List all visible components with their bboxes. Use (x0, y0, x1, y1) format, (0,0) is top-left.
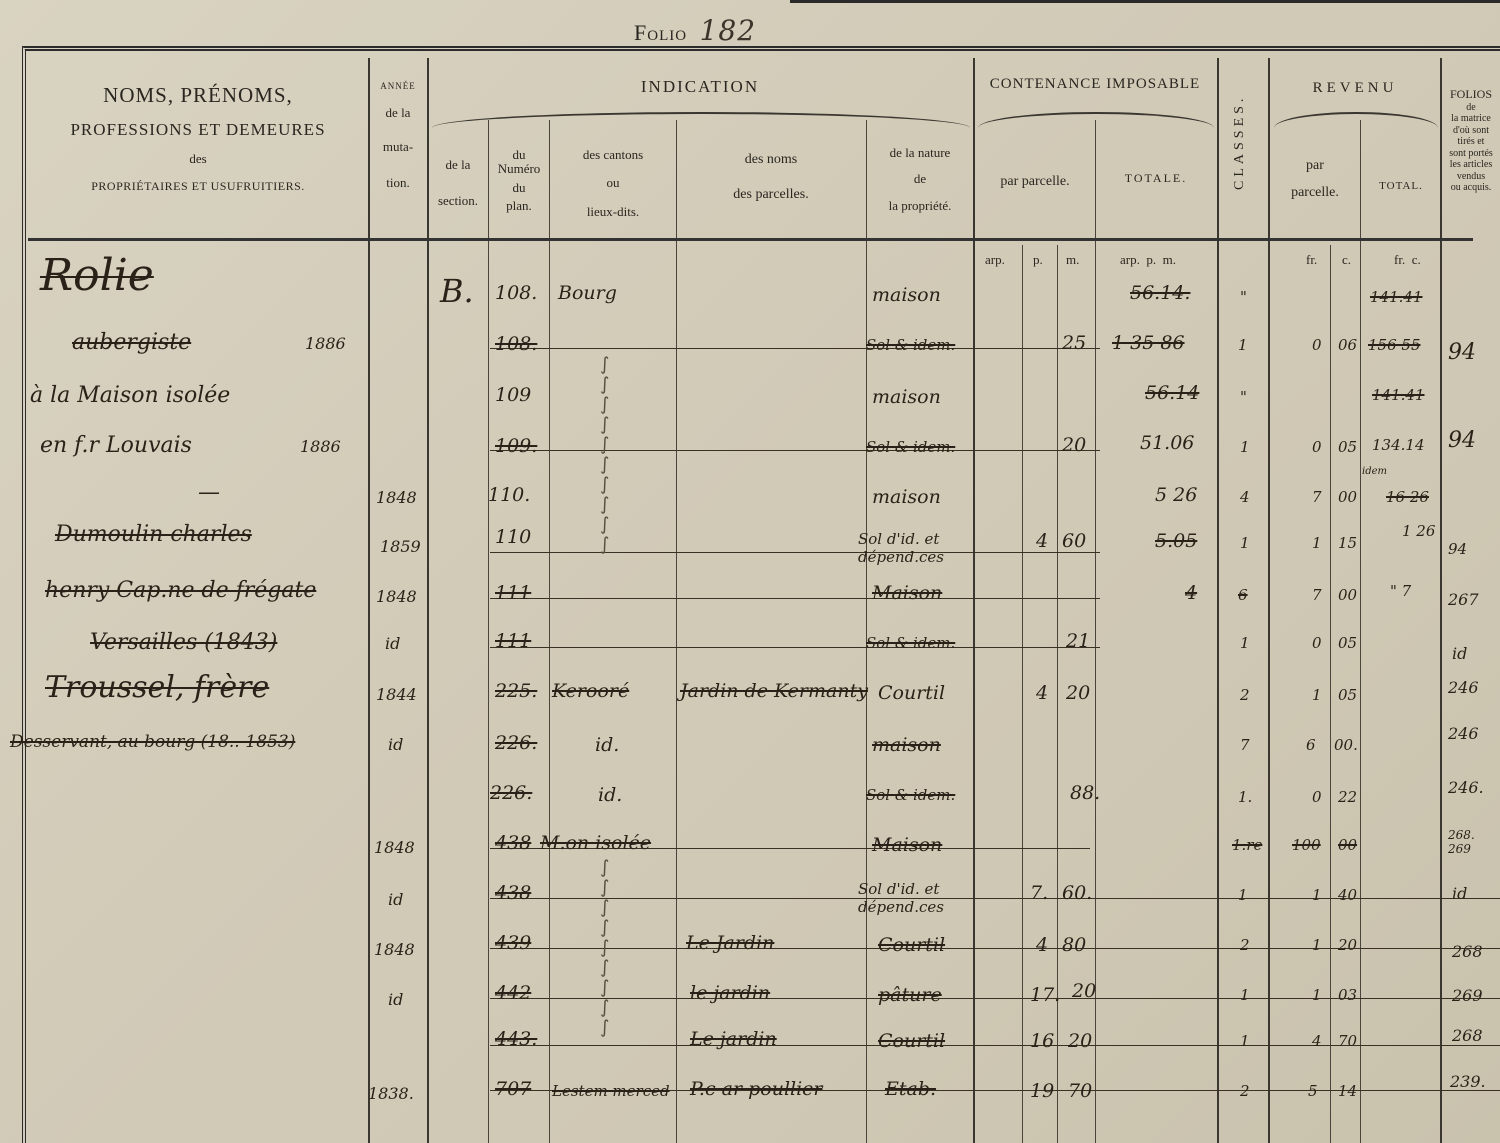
unit-total: arp. p. m. (1120, 252, 1176, 268)
strike-line (490, 552, 1100, 553)
header-cantons: des cantons ou lieux-dits. (550, 148, 676, 219)
classe-cell: 1.re (1232, 836, 1262, 854)
col-divider (488, 120, 489, 1143)
pp-m-cell: 25 (1062, 332, 1086, 354)
folio-cell: 246 (1448, 724, 1479, 743)
pp-m-cell: 20 (1066, 682, 1090, 704)
classe-cell: 1 (1238, 886, 1248, 904)
numero-cell: 442 (495, 982, 531, 1004)
c-cell: 00 (1338, 836, 1357, 854)
header-nature: de la nature de la propriété. (867, 146, 973, 213)
section-cell: B. (440, 272, 474, 310)
fr-cell: 7 (1312, 488, 1322, 506)
c-cell: 05 (1338, 438, 1357, 456)
c-cell: 22 (1338, 788, 1357, 806)
pp-p-cell: 4 (1036, 682, 1048, 704)
classe-cell: 2 (1240, 686, 1250, 704)
header-par-parcelle: par parcelle. (975, 174, 1095, 189)
header-folios: FOLIOS de la matrice d'où sont tirés et … (1442, 88, 1500, 194)
strike-line (490, 647, 1100, 648)
fr-cell: 6 (1306, 736, 1316, 754)
c-cell: 70 (1338, 1032, 1357, 1050)
c-cell: 05 (1338, 686, 1357, 704)
unit-c: c. (1342, 252, 1351, 268)
numero-cell: 110 (495, 526, 531, 548)
fr-cell: 0 (1312, 438, 1322, 456)
mutation-year: 1844 (376, 685, 417, 704)
col-divider (1360, 120, 1361, 1143)
nature-cell: pâture (878, 984, 942, 1006)
strike-line (490, 348, 1100, 349)
pp-m-cell: 20 (1062, 434, 1086, 456)
folio-cell: 269 (1452, 986, 1483, 1005)
owner-name: Dumoulin charles (55, 522, 252, 547)
lieu-cell: Kerooré (552, 680, 629, 702)
total-cell: 5 26 (1155, 484, 1197, 506)
numero-cell: 111 (495, 582, 531, 604)
col-divider (676, 120, 677, 1143)
mutation-year: id (385, 634, 400, 653)
mutation-year: id (388, 735, 403, 754)
mutation-year: 1848 (376, 488, 417, 507)
unit-fr: fr. (1306, 252, 1317, 268)
nature-cell: Sol & idem. (866, 634, 955, 652)
fr-cell: 100 (1292, 836, 1321, 854)
classe-cell: 7 (1240, 736, 1250, 754)
owner-name: henry Cap.ne de frégate (45, 578, 316, 603)
folio-cell: 94 (1448, 428, 1476, 453)
c-cell: 20 (1338, 936, 1357, 954)
numero-cell: 225. (495, 680, 537, 702)
lieu-cell: Lestem merced (552, 1082, 670, 1100)
classe-cell: 1. (1238, 788, 1252, 806)
pp-m-cell: 60 (1062, 530, 1086, 552)
header-section: de la section. (429, 158, 487, 209)
col-divider (1330, 245, 1331, 1143)
fr-cell: 1 (1312, 886, 1322, 904)
classe-cell: 2 (1240, 936, 1250, 954)
header-owners: NOMS, PRÉNOMS, PROFESSIONS ET DEMEURES d… (30, 84, 366, 193)
col-divider (549, 120, 550, 1143)
nature-cell: Courtil (878, 934, 945, 956)
owner-separator: — (198, 480, 220, 505)
fr-cell: 0 (1312, 788, 1322, 806)
numero-cell: 108. (495, 333, 537, 355)
strike-line (490, 598, 1100, 599)
col-divider (1022, 245, 1023, 1143)
ditto-wavy-mark: ∫∫∫∫∫∫∫∫∫ (600, 858, 620, 1038)
unit-total-fr-c: fr. c. (1394, 252, 1421, 268)
lieu-cell: id. (598, 784, 622, 806)
classe-cell: 1 (1240, 534, 1250, 552)
total-cell: 51.06 (1140, 432, 1194, 454)
col-divider (427, 58, 429, 1143)
classe-cell: 1 (1240, 986, 1250, 1004)
fr-cell: 1 (1312, 686, 1322, 704)
owner-address: en f.r Louvais (40, 433, 192, 458)
classe-cell: 1 (1240, 634, 1250, 652)
c-cell: 00. (1334, 736, 1358, 754)
col-divider (1268, 58, 1270, 1143)
nature-cell: Etab. (885, 1078, 936, 1100)
c-cell: 05 (1338, 634, 1357, 652)
lieu-cell: id. (595, 734, 619, 756)
lieu-cell: M.on isolée (540, 832, 651, 854)
c-cell: 40 (1338, 886, 1357, 904)
nature-cell: maison (872, 486, 941, 508)
classe-cell: 6 (1238, 586, 1248, 604)
classe-cell: 4 (1240, 488, 1250, 506)
header-classes: CLASSES. (1232, 100, 1248, 190)
pp-p-cell: 7. (1030, 882, 1048, 904)
header-revenu-par-parcelle: par parcelle. (1270, 158, 1360, 201)
fr-cell: 7 (1312, 586, 1322, 604)
c-cell: 03 (1338, 986, 1357, 1004)
fr-cell: 1 (1312, 986, 1322, 1004)
classe-cell: " (1240, 288, 1247, 306)
owner-name: Troussel, frère (45, 670, 269, 705)
pp-m-cell: 60. (1062, 882, 1092, 904)
pp-m-cell: 20 (1072, 980, 1096, 1002)
pp-p-cell: 4 (1036, 934, 1048, 956)
mutation-year: id (388, 990, 403, 1009)
mutation-year: id (388, 890, 403, 909)
owner-profession: Desservant, au bourg (18..-1853) (10, 732, 295, 752)
ditto-wavy-mark: ∫∫∫∫∫∫∫∫∫∫ (600, 355, 620, 555)
folio-cell: 246 (1448, 678, 1479, 697)
header-rule (28, 238, 1473, 241)
owner-profession: aubergiste (72, 330, 191, 355)
c-cell: 14 (1338, 1082, 1357, 1100)
folio-heading: Folio 182 (634, 14, 756, 47)
header-annee: ANNÉE de la muta- tion. (370, 82, 426, 191)
rev-total-cell: 141.41 (1372, 386, 1425, 404)
classe-cell: 2 (1240, 1082, 1250, 1100)
nature-cell: Sol d'id. et dépend.ces (858, 880, 968, 916)
owner-address: à la Maison isolée (30, 383, 230, 408)
nom-cell: P.c ar poullier (690, 1078, 823, 1100)
numero-cell: 438 (495, 882, 531, 904)
fr-cell: 1 (1312, 534, 1322, 552)
numero-cell: 443. (495, 1028, 537, 1050)
total-cell: 1 35 86 (1112, 332, 1185, 354)
mutation-year: 1848 (374, 838, 415, 857)
c-cell: 06 (1338, 336, 1357, 354)
pp-p-cell: 17. (1030, 984, 1060, 1006)
nature-cell: Sol & idem. (866, 336, 955, 354)
folio-label: Folio (634, 20, 687, 45)
pp-m-cell: 70 (1068, 1080, 1092, 1102)
fr-cell: 0 (1312, 634, 1322, 652)
scan-edge (790, 0, 1500, 3)
folio-cell: 94 (1448, 540, 1467, 558)
classe-cell: 1 (1240, 1032, 1250, 1050)
nature-cell: Maison (872, 834, 942, 856)
owner-residence: Versailles (1843) (90, 630, 277, 655)
classe-cell: 1 (1238, 336, 1248, 354)
total-cell: 56.14. (1130, 282, 1190, 304)
pp-p-cell: 16 (1030, 1030, 1054, 1052)
pp-m-cell: 21 (1066, 630, 1090, 652)
folio-cell: id (1452, 644, 1467, 663)
col-divider (1217, 58, 1219, 1143)
header-noms-parcelles: des noms des parcelles. (677, 152, 865, 203)
nom-cell: Le Jardin (686, 932, 774, 954)
nature-cell: maison (872, 386, 941, 408)
numero-cell: 438 (495, 832, 531, 854)
nature-cell: Courtil (878, 1030, 945, 1052)
nature-cell: Sol d'id. et dépend.ces (858, 530, 968, 566)
rev-total-cell: 1 26 (1402, 522, 1435, 540)
nom-cell: Jardin de Kermanty (680, 680, 868, 702)
unit-arp: arp. (985, 252, 1005, 268)
nature-cell: Sol & idem. (866, 786, 955, 804)
fr-cell: 4 (1312, 1032, 1322, 1050)
c-cell: 00 (1338, 586, 1357, 604)
fr-cell: 1 (1312, 936, 1322, 954)
numero-cell: 439 (495, 932, 531, 954)
folio-cell: 268 (1452, 1026, 1483, 1045)
col-divider (866, 120, 867, 1143)
header-revenu-total: TOTAL. (1362, 180, 1440, 192)
folio-cell: id (1452, 884, 1467, 903)
numero-cell: 108. (495, 282, 537, 304)
rev-total-cell: 156 55 (1368, 336, 1421, 354)
pp-m-cell: 80 (1062, 934, 1086, 956)
classe-cell: " (1240, 388, 1247, 406)
rev-total-cell: " 7 (1390, 582, 1411, 600)
fr-cell: 5 (1308, 1082, 1318, 1100)
owner-name: Rolie (40, 250, 154, 301)
classe-cell: 1 (1240, 438, 1250, 456)
lieu-cell: Bourg (558, 282, 617, 304)
numero-cell: 109. (495, 435, 537, 457)
nature-cell: maison (872, 734, 941, 756)
header-revenu: REVENU (1270, 80, 1440, 97)
folio-cell: 94 (1448, 340, 1476, 365)
total-cell: 5.05 (1155, 530, 1197, 552)
fr-cell: 0 (1312, 336, 1322, 354)
folio-cell: 239. (1450, 1072, 1486, 1091)
col-divider (1440, 58, 1442, 1143)
folio-cell: 268. 269 (1448, 828, 1498, 856)
col-divider (368, 58, 370, 1143)
numero-cell: 226. (490, 782, 532, 804)
folio-cell: 267 (1448, 590, 1479, 609)
total-cell: 56.14 (1145, 382, 1199, 404)
mutation-year: 1848 (376, 587, 417, 606)
rev-total-cell: 16 26 (1386, 488, 1429, 506)
numero-cell: 111 (495, 630, 531, 652)
mutation-year: 1848 (374, 940, 415, 959)
header-numero: du Numéro du plan. (489, 148, 549, 213)
owner-note: 1886 (300, 437, 341, 456)
nature-cell: maison (872, 284, 941, 306)
unit-p: p. (1033, 252, 1043, 268)
c-cell: 15 (1338, 534, 1357, 552)
unit-m: m. (1066, 252, 1079, 268)
nom-cell: Le jardin (690, 1028, 777, 1050)
numero-cell: 226. (495, 732, 537, 754)
folio-number: 182 (700, 14, 756, 47)
pp-m-cell: 88. (1070, 782, 1100, 804)
pp-m-cell: 20 (1068, 1030, 1092, 1052)
nature-cell: Maison (872, 582, 942, 604)
header-contenance: CONTENANCE IMPOSABLE (975, 76, 1215, 93)
rev-total-cell: 141.41 (1370, 288, 1423, 306)
col-divider (1057, 245, 1058, 1143)
numero-cell: 109 (495, 384, 531, 406)
owner-note: 1886 (305, 334, 346, 353)
nature-cell: Sol & idem. (866, 438, 955, 456)
numero-cell: 707 (495, 1078, 531, 1100)
folio-cell: 246. (1448, 778, 1484, 797)
c-cell: 00 (1338, 488, 1357, 506)
numero-cell: 110. (488, 484, 530, 506)
pp-p-cell: 4 (1036, 530, 1048, 552)
folio-cell: 268 (1452, 942, 1483, 961)
mutation-year: 1838. (368, 1084, 414, 1103)
header-totale: TOTALE. (1097, 172, 1215, 185)
nom-cell: le jardin (690, 982, 770, 1004)
annotation: idem (1362, 466, 1387, 477)
total-cell: 4 (1185, 582, 1197, 604)
mutation-year: 1859 (380, 537, 421, 556)
pp-p-cell: 19 (1030, 1080, 1054, 1102)
header-indication: INDICATION (430, 78, 970, 97)
rev-total-cell: 134.14 (1372, 436, 1425, 454)
col-divider (973, 58, 975, 1143)
strike-line (490, 450, 1100, 451)
nature-cell: Courtil (878, 682, 945, 704)
